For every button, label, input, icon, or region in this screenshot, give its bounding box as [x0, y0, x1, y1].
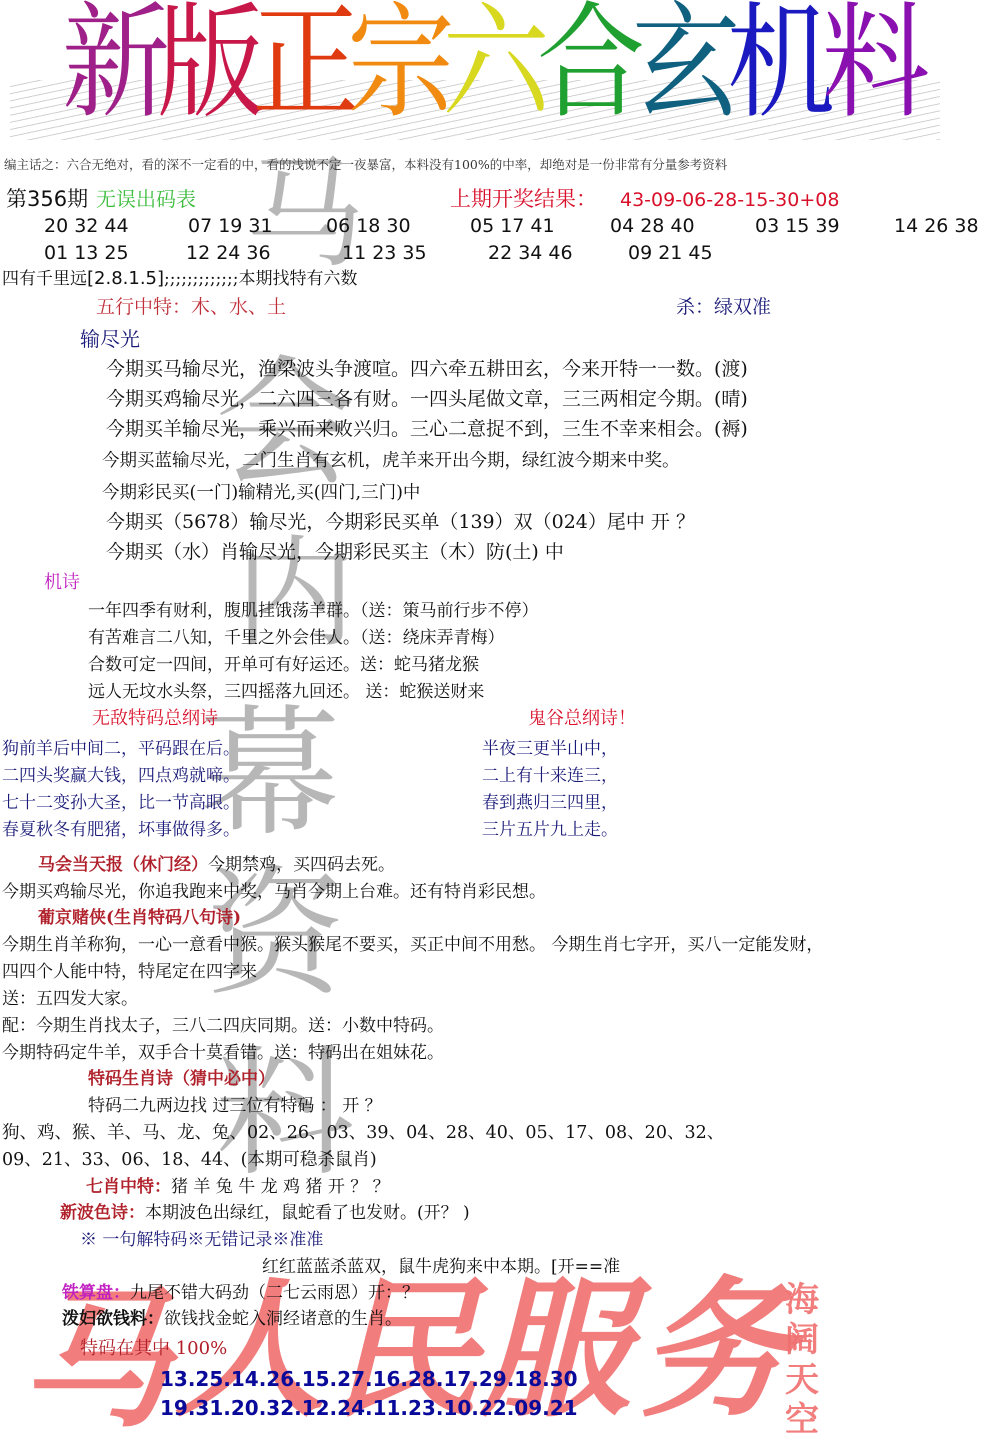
guigu-line: 三片五片九上走。: [482, 819, 618, 841]
banner-title-char: 新: [62, 0, 157, 145]
banner-title-char: 版: [157, 0, 252, 145]
shujinguang-line: 今期买（水）肖输尽光，今期彩民买主（木）防(土) 中: [106, 541, 564, 563]
four-prefix: 四有千里远: [2, 269, 87, 289]
number-cell: 07 19 31: [188, 214, 273, 238]
pujing-line: 今期特码定牛羊，双手合十莫看错。送：特码出在姐妹花。: [2, 1042, 444, 1064]
pofu-label: 泼妇欲钱料：: [62, 1309, 164, 1329]
intro-text: 编主话之：六合无绝对，看的深不一定看的中，看的浅说不定一夜暴富，本料没有100%…: [4, 157, 727, 173]
four-dots: ;;;;;;;;;;;;;: [164, 269, 238, 289]
number-cell: 20 32 44: [44, 214, 129, 238]
mahui-line2: 今期买鸡输尽光，你追我跑来中奖，马肖今期上台难。还有特肖彩民想。: [2, 881, 546, 903]
number-cell: 05 17 41: [470, 214, 555, 238]
banner-title-char: 合: [537, 0, 632, 145]
pujing-title: 葡京赌侠(生肖特码八句诗): [38, 907, 241, 929]
guigu-line: 春到燕归三四里，: [482, 792, 618, 814]
banner-title-char: 六: [442, 0, 537, 145]
tiesuan-text: 九尾不错大码劲（二七云雨恩）开：？: [130, 1283, 419, 1303]
guigu-line: 半夜三更半山中，: [482, 738, 618, 760]
issue-subtitle: 无误出码表: [96, 186, 196, 212]
four-line: 四有千里远[2.8.1.5];;;;;;;;;;;;;本期找特有六数: [2, 268, 358, 290]
seal-text: 海阔天空: [785, 1280, 825, 1440]
number-cell: 22 34 46: [488, 241, 573, 265]
xinbo-text: 本期波色出绿红，鼠蛇看了也发财。(开？ ): [145, 1203, 470, 1223]
four-code: [2.8.1.5]: [87, 268, 164, 289]
banner-title: 新版正宗六合玄机料: [62, 0, 917, 134]
pofu-line: 泼妇欲钱料：欲钱找金蛇入洞经诸意的生肖。: [62, 1308, 402, 1330]
banner-title-char: 玄: [632, 0, 727, 145]
banner-title-char: 正: [252, 0, 347, 145]
shujinguang-line: 今期买鸡输尽光，二六四三各有财。一四头尾做文章，三三两相定今期。(晴): [106, 388, 748, 410]
pujing-line: 四四个人能中特，特尾定在四字来: [2, 961, 257, 983]
shujinguang-line: 今期买（5678）输尽光，今期彩民买单（139）双（024）尾中 开 ？: [106, 511, 695, 533]
mahui-title: 马会当天报（休门经）: [38, 855, 208, 875]
four-suffix: 本期找特有六数: [239, 269, 358, 289]
wudi-line: 狗前羊后中间二，平码跟在后。: [2, 738, 240, 760]
qixiao-line: 七肖中特：猪 羊 兔 牛 龙 鸡 猪 开 ？ ？: [86, 1176, 390, 1198]
watermark-red-1: 马: [20, 1280, 170, 1440]
temashengxiao-title: 特码生肖诗（猜中必中）: [88, 1068, 275, 1090]
wudi-title: 无敌特码总纲诗: [92, 708, 218, 730]
temashengxiao-line: 特码二九两边找 过三位有特码 ： 开 ？: [88, 1095, 382, 1117]
guigu-line: 二上有十来连三，: [482, 765, 618, 787]
number-cell: 04 28 40: [610, 214, 695, 238]
watermark-red-5: 务: [640, 1270, 790, 1430]
wudi-line: 二四头奖赢大钱，四点鸡就啼。: [2, 765, 240, 787]
xinbo-label: 新波色诗：: [60, 1203, 145, 1223]
temashengxiao-line: 09、21、33、06、18、44、(本期可稳杀鼠肖): [2, 1149, 377, 1171]
jishi-line: 合数可定一四间，开单可有好运还。送：蛇马猪龙猴: [88, 654, 479, 676]
shujinguang-title: 输尽光: [80, 328, 140, 350]
pujing-line: 今期生肖羊称狗，一心一意看中猴。猴头猴尾不要买，买正中间不用愁。 今期生肖七字开…: [2, 934, 823, 956]
banner: 新版正宗六合玄机料: [0, 0, 987, 150]
xinbo-line: 新波色诗：本期波色出绿红，鼠蛇看了也发财。(开？ ): [60, 1202, 470, 1224]
pofu-text: 欲钱找金蛇入洞经诸意的生肖。: [164, 1309, 402, 1329]
pujing-line: 送：五四发大家。: [2, 988, 138, 1010]
temashengxiao-line: 狗、鸡、猴、羊、马、龙、兔、02、26、03、39、04、28、40、05、17…: [2, 1122, 724, 1144]
number-cell: 12 24 36: [186, 241, 271, 265]
jishi-line: 有苦难言二八知，千里之外会佳人。（送：绕床弄青梅）: [88, 627, 505, 649]
last-result-label: 上期开奖结果：: [450, 186, 597, 212]
shujinguang-line: 今期买马输尽光，渔梁波头争渡喧。四六牵五耕田玄，今来开特一一数。(渡): [106, 358, 748, 380]
final-row: 19.31.20.32.12.24.11.23.10.22.09.21: [160, 1396, 578, 1420]
jishi-line: 远人无坟水头祭，三四摇落九回还。 送：蛇猴送财来: [88, 681, 484, 703]
last-result-value: 43-09-06-28-15-30+08: [620, 187, 839, 213]
tiesuan-label: 铁算盘：: [62, 1283, 130, 1303]
banner-title-char: 机: [727, 0, 822, 145]
wuxing-kill: 杀：绿双准: [676, 296, 771, 318]
final-row: 13.25.14.26.15.27.16.28.17.29.18.30: [160, 1367, 578, 1391]
banner-title-char: 宗: [347, 0, 442, 145]
number-cell: 01 13 25: [44, 241, 129, 265]
mahui-line: 马会当天报（休门经）今期禁鸡，买四码去死。: [38, 854, 395, 876]
jishi-line: 一年四季有财利，腹肌挂饿荡羊群。（送：策马前行步不停）: [88, 600, 539, 622]
tiesuan-line: 铁算盘：九尾不错大码劲（二七云雨恩）开：？: [62, 1282, 419, 1304]
yiju-title: ※ 一句解特码※无错记录※准准: [80, 1229, 323, 1251]
qixiao-label: 七肖中特：: [86, 1177, 171, 1197]
shujinguang-line: 今期买蓝输尽光，二门生肖有玄机，虎羊来开出今期，绿红波今期来中奖。: [102, 450, 680, 472]
pujing-line: 配：今期生肖找太子，三八二四庆同期。送：小数中特码。: [2, 1015, 444, 1037]
shujinguang-line: 今期彩民买(一门)输精光,买(四门,三门)中: [102, 482, 420, 504]
yiju-text: 红红蓝蓝杀蓝双，鼠牛虎狗来中本期。[开==准: [262, 1256, 620, 1278]
final-title: 特码在其中 100%: [80, 1338, 227, 1360]
banner-title-char: 料: [822, 0, 917, 145]
wuxing-label: 五行中特：木、水、土: [96, 296, 286, 318]
number-cell: 06 18 30: [326, 214, 411, 238]
number-cell: 03 15 39: [755, 214, 840, 238]
wudi-line: 春夏秋冬有肥猪，坏事做得多。: [2, 819, 240, 841]
number-cell: 11 23 35: [342, 241, 427, 265]
number-cell: 14 26 38: [894, 214, 979, 238]
guigu-title: 鬼谷总纲诗！: [528, 708, 636, 730]
qixiao-text: 猪 羊 兔 牛 龙 鸡 猪 开 ？ ？: [171, 1177, 390, 1197]
mahui-text: 今期禁鸡，买四码去死。: [208, 855, 395, 875]
issue-label: 第356期: [6, 186, 88, 212]
number-cell: 09 21 45: [628, 241, 713, 265]
shujinguang-line: 今期买羊输尽光，乘兴而来败兴归。三心二意捉不到，三生不幸来相会。(褥): [106, 418, 748, 440]
jishi-title: 机诗: [44, 572, 80, 594]
wudi-line: 七十二变孙大圣，比一节高眼。: [2, 792, 240, 814]
